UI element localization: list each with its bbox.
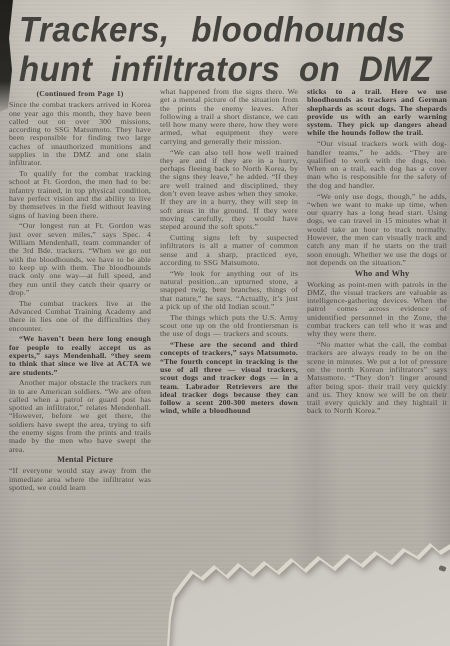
section-heading-mental-picture: Mental Picture (9, 456, 151, 464)
paragraph: The things which puts the U.S. Army scou… (160, 314, 298, 339)
article-column-1: (Continued from Page 1) Since the combat… (9, 90, 151, 646)
headline-line-2: hunt infiltrators on DMZ (19, 49, 443, 88)
paragraph: Working as point-men with patrols in the… (307, 281, 447, 339)
paragraph: what happened from the signs there. We g… (160, 88, 298, 146)
paragraph: sticks to a trail. Here we use bloodhoun… (307, 88, 447, 138)
paragraph: “Our longest run at Ft. Gordon was just … (9, 222, 151, 297)
paragraph: “No matter what the call, the combat tra… (307, 341, 447, 416)
headline-line-1: Trackers, bloodhounds (19, 11, 443, 49)
continued-from-note: (Continued from Page 1) (9, 90, 151, 98)
newspaper-clipping-wrap: Trackers, bloodhounds hunt infiltrators … (0, 0, 450, 646)
section-heading-who-and-why: Who and Why (307, 270, 447, 278)
paragraph: “We can also tell how well trained they … (160, 149, 298, 232)
paragraph: “We haven’t been here long enough for pe… (9, 335, 151, 376)
paragraph: “We only use dogs, though,” he adds, “wh… (307, 193, 447, 268)
paragraph: Another major obstacle the trackers run … (9, 379, 151, 454)
newspaper-clipping: Trackers, bloodhounds hunt infiltrators … (0, 0, 450, 646)
paragraph: “These are the second and third concepts… (160, 341, 298, 416)
photo-background: Trackers, bloodhounds hunt infiltrators … (0, 0, 450, 646)
paragraph: Since the combat trackers arrived in Kor… (9, 101, 151, 167)
headline: Trackers, bloodhounds hunt infiltrators … (19, 11, 443, 88)
article-column-2: what happened from the signs there. We g… (160, 88, 298, 588)
paragraph: “Our visual trackers work with dog-handl… (307, 140, 447, 190)
paragraph: “If everyone would stay away from the im… (9, 467, 151, 492)
paragraph: “We look for anything out of its natural… (160, 270, 298, 311)
paragraph: Cutting signs left by suspected infiltra… (160, 234, 298, 267)
paragraph: To qualify for the combat tracking schoo… (9, 170, 151, 220)
article-column-3: sticks to a trail. Here we use bloodhoun… (307, 88, 447, 578)
paragraph: The combat trackers live at the Advanced… (9, 300, 151, 333)
